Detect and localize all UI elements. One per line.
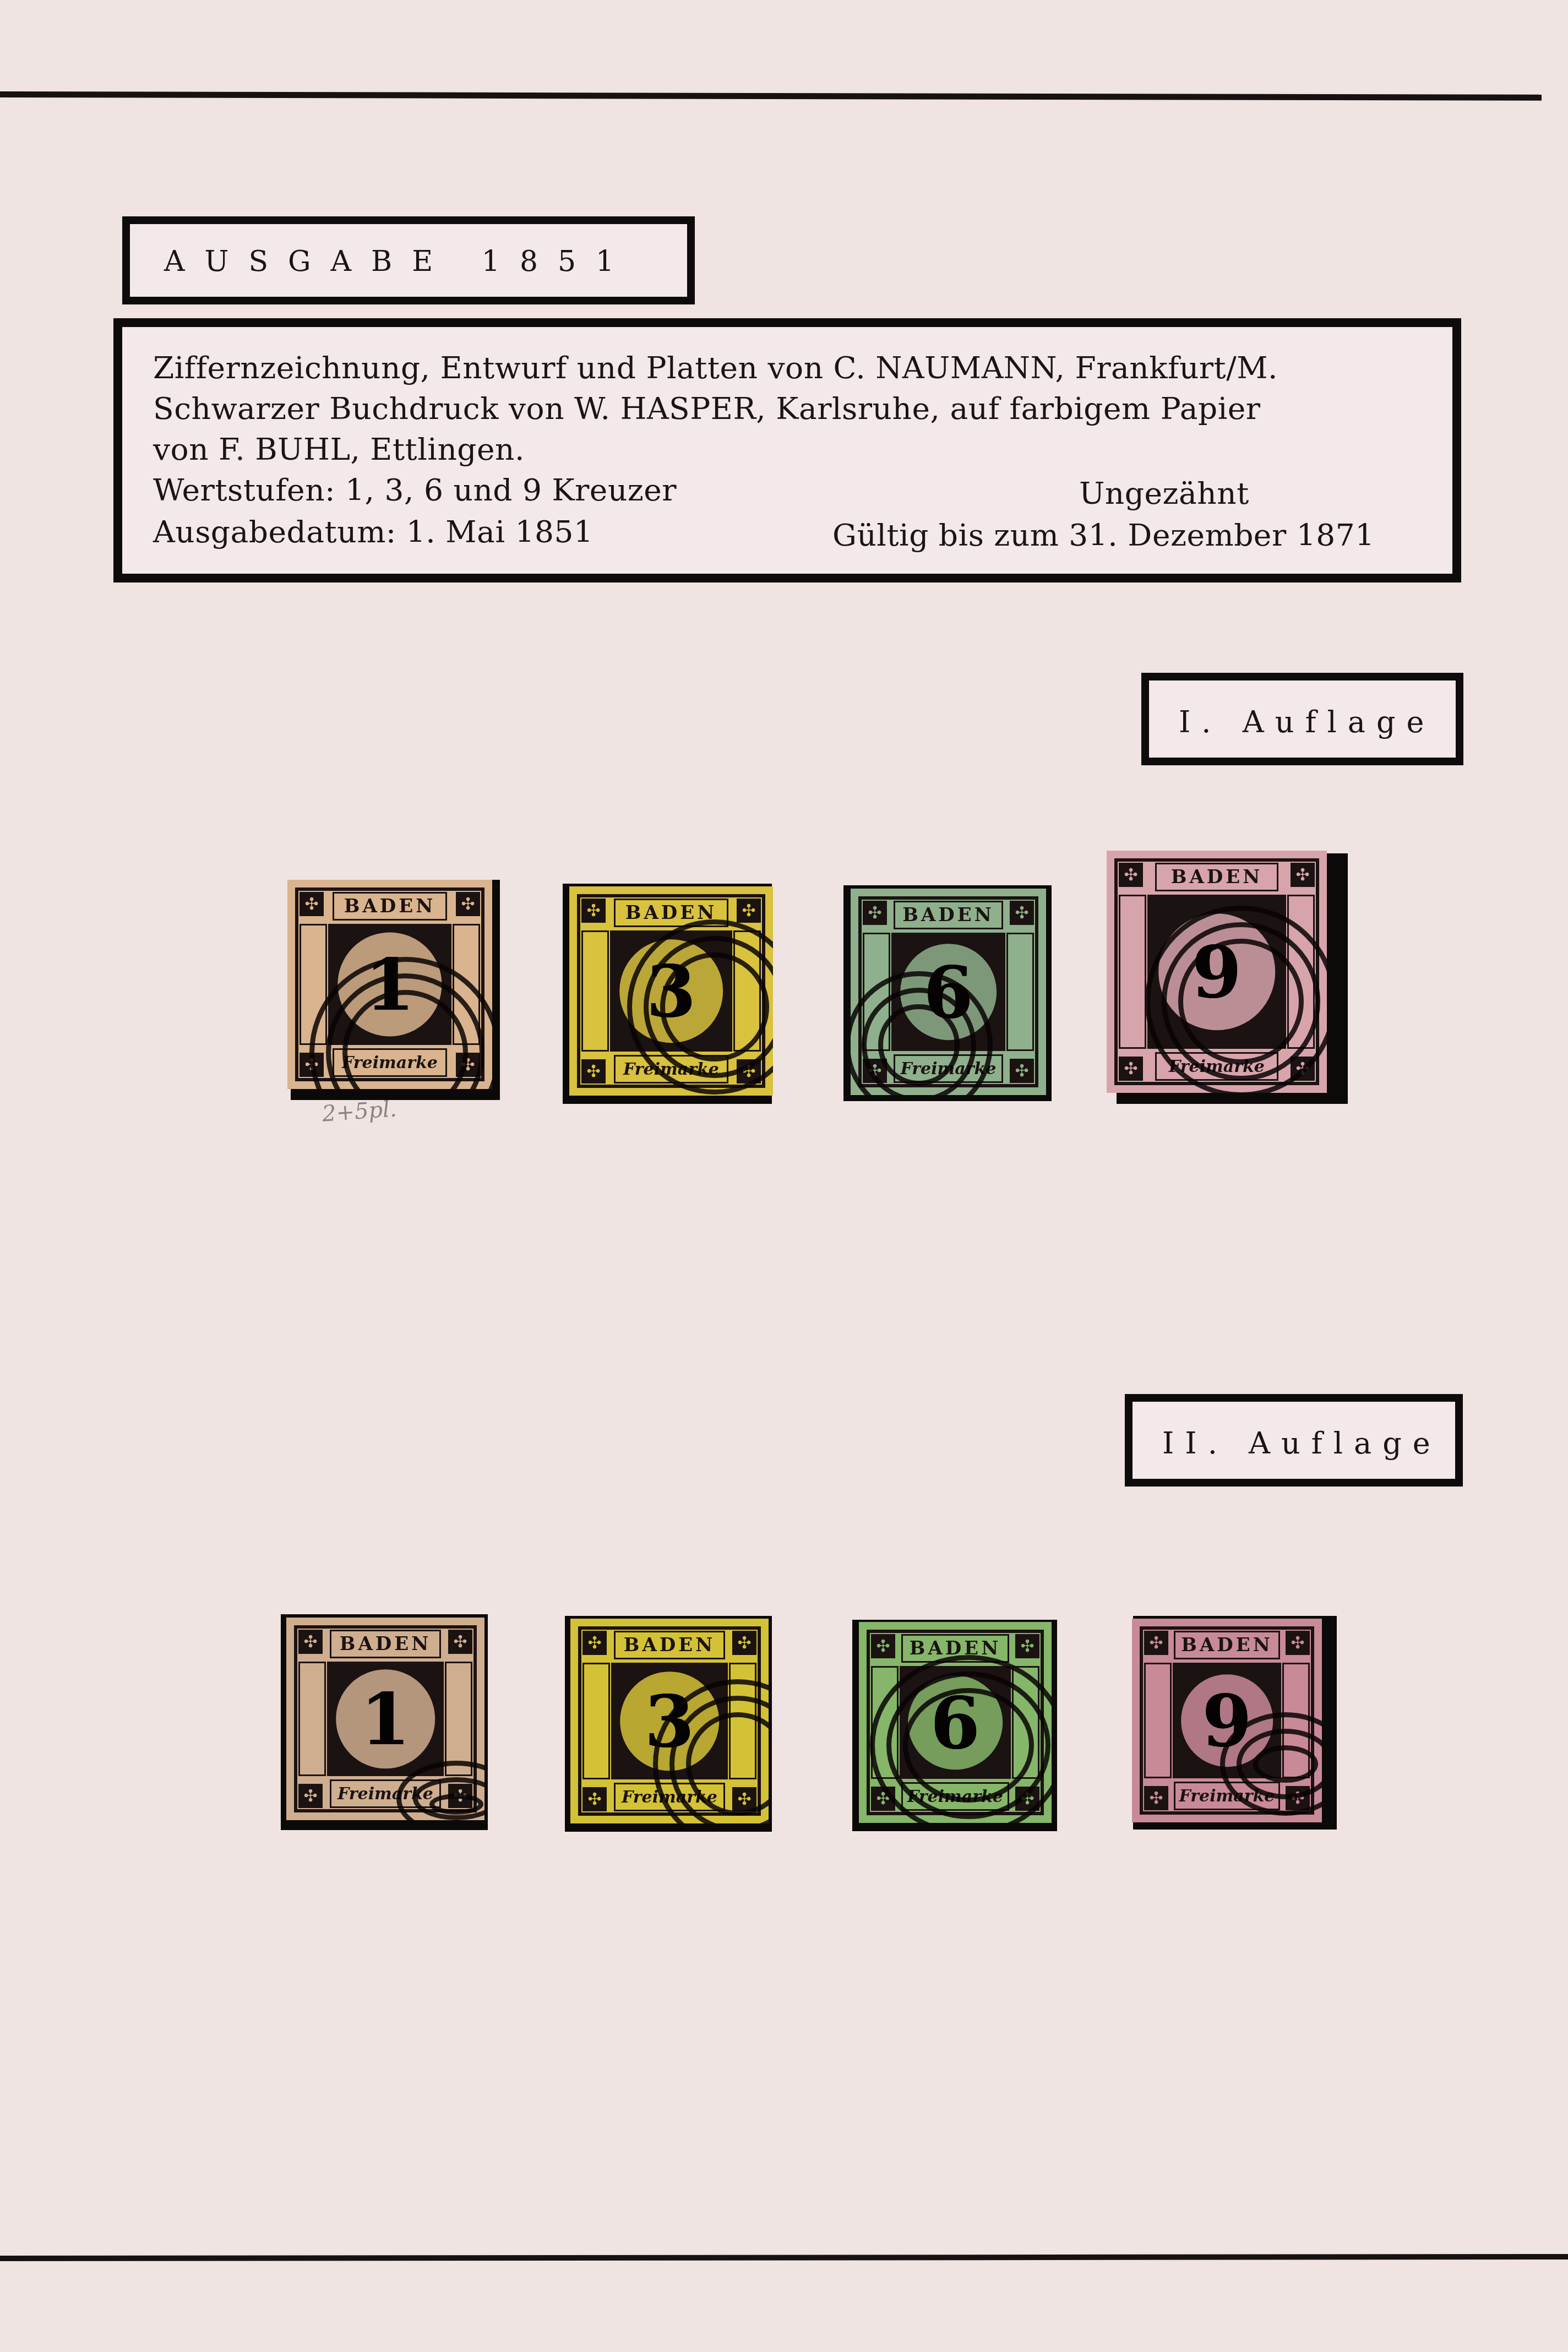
info-line-printing: Schwarzer Buchdruck von W. HASPER, Karls… (153, 391, 1261, 426)
handwritten-note: 2+5pl. (322, 1096, 398, 1126)
stamp-country: BADEN (1174, 1631, 1280, 1659)
bottom-rule (0, 2254, 1568, 2261)
cancellation-mark (660, 952, 769, 1061)
cancellation-mark (903, 1688, 1034, 1803)
rosette-icon: ✣ (1119, 1057, 1143, 1081)
rosette-icon: ✣ (1291, 863, 1315, 887)
rosette-icon: ✣ (871, 1634, 895, 1658)
rosette-icon: ✣ (737, 899, 761, 923)
issue-title-box: AUSGABE 1851 (122, 216, 695, 304)
stamp-side-panel (298, 1662, 326, 1776)
stamp-6-kreuzer[interactable]: ✣ ✣ ✣ ✣ BADEN 6 Freimarke (859, 1622, 1052, 1823)
cancellation-mark (1253, 1745, 1318, 1783)
stamp-9-kreuzer[interactable]: ✣ ✣ ✣ ✣ BADEN 9 Freimarke (1132, 1619, 1322, 1822)
stamp-3-kreuzer[interactable]: ✣ ✣ ✣ ✣ BADEN 3 Freimarke (569, 886, 773, 1096)
issue-title: AUSGABE 1851 (164, 245, 634, 278)
stamp-country: BADEN (894, 901, 1003, 929)
rosette-icon: ✣ (581, 899, 606, 923)
rosette-icon: ✣ (581, 1059, 606, 1084)
rosette-icon: ✣ (1144, 1786, 1168, 1810)
stamp-country: BADEN (614, 1631, 725, 1659)
info-line-perforation: Ungezähnt (1079, 476, 1249, 511)
rosette-icon: ✣ (448, 1630, 472, 1654)
rosette-icon: ✣ (456, 892, 480, 916)
section-label: II. Auflage (1162, 1426, 1441, 1461)
stamp-side-panel (581, 930, 609, 1052)
rosette-icon: ✣ (1144, 1631, 1168, 1655)
stamp-value: 1 (327, 1677, 444, 1761)
rosette-icon: ✣ (1015, 1634, 1039, 1658)
stamp-1-kreuzer[interactable]: ✣ ✣ ✣ ✣ BADEN 1 Freimarke (287, 880, 492, 1089)
stamp-9-kreuzer[interactable]: ✣ ✣ ✣ ✣ BADEN 9 Freimarke (1107, 851, 1327, 1093)
stamp-side-panel (1006, 933, 1034, 1051)
info-line-design: Ziffernzeichnung, Entwurf und Platten vo… (153, 350, 1278, 385)
rosette-icon: ✣ (732, 1631, 756, 1655)
rosette-icon: ✣ (863, 901, 887, 925)
cancellation-mark (878, 1004, 960, 1086)
stamp-side-panel (582, 1663, 610, 1779)
rosette-icon: ✣ (1286, 1631, 1310, 1655)
rosette-icon: ✣ (298, 1784, 323, 1808)
stamp-country: BADEN (330, 1630, 441, 1658)
rosette-icon: ✣ (298, 1630, 323, 1654)
cancellation-mark (429, 1794, 483, 1815)
stamp-6-kreuzer[interactable]: ✣ ✣ ✣ ✣ BADEN 6 Freimarke (851, 889, 1046, 1095)
stamp-country: BADEN (333, 892, 447, 921)
top-rule (0, 91, 1542, 101)
stamp-3-kreuzer[interactable]: ✣ ✣ ✣ ✣ BADEN 3 Freimarke (570, 1619, 769, 1823)
info-line-issue-date: Ausgabedatum: 1. Mai 1851 (153, 514, 593, 549)
section-label: I. Auflage (1179, 705, 1435, 739)
info-line-denominations: Wertstufen: 1, 3, 6 und 9 Kreuzer (153, 472, 677, 508)
rosette-icon: ✣ (300, 892, 324, 916)
section-label-box-2: II. Auflage (1125, 1394, 1463, 1487)
info-line-validity: Gültig bis zum 31. Dezember 1871 (832, 518, 1375, 553)
rosette-icon: ✣ (1010, 901, 1034, 925)
cancellation-mark (1178, 939, 1304, 1064)
stamp-side-panel (1119, 895, 1146, 1049)
section-label-box-1: I. Auflage (1141, 673, 1463, 765)
stamp-center-ornament: 1 (327, 1662, 444, 1776)
rosette-icon: ✣ (1119, 863, 1143, 887)
info-line-paper: von F. BUHL, Ettlingen. (153, 432, 525, 467)
stamp-1-kreuzer[interactable]: ✣ ✣ ✣ ✣ BADEN 1 Freimarke (286, 1618, 484, 1820)
stamp-side-panel (1144, 1663, 1172, 1778)
stamp-side-panel (445, 1662, 472, 1776)
rosette-icon: ✣ (1010, 1059, 1034, 1083)
issue-info-box: Ziffernzeichnung, Entwurf und Platten vo… (113, 318, 1461, 582)
rosette-icon: ✣ (582, 1631, 607, 1655)
stamp-country: BADEN (1155, 863, 1278, 891)
rosette-icon: ✣ (582, 1787, 607, 1811)
